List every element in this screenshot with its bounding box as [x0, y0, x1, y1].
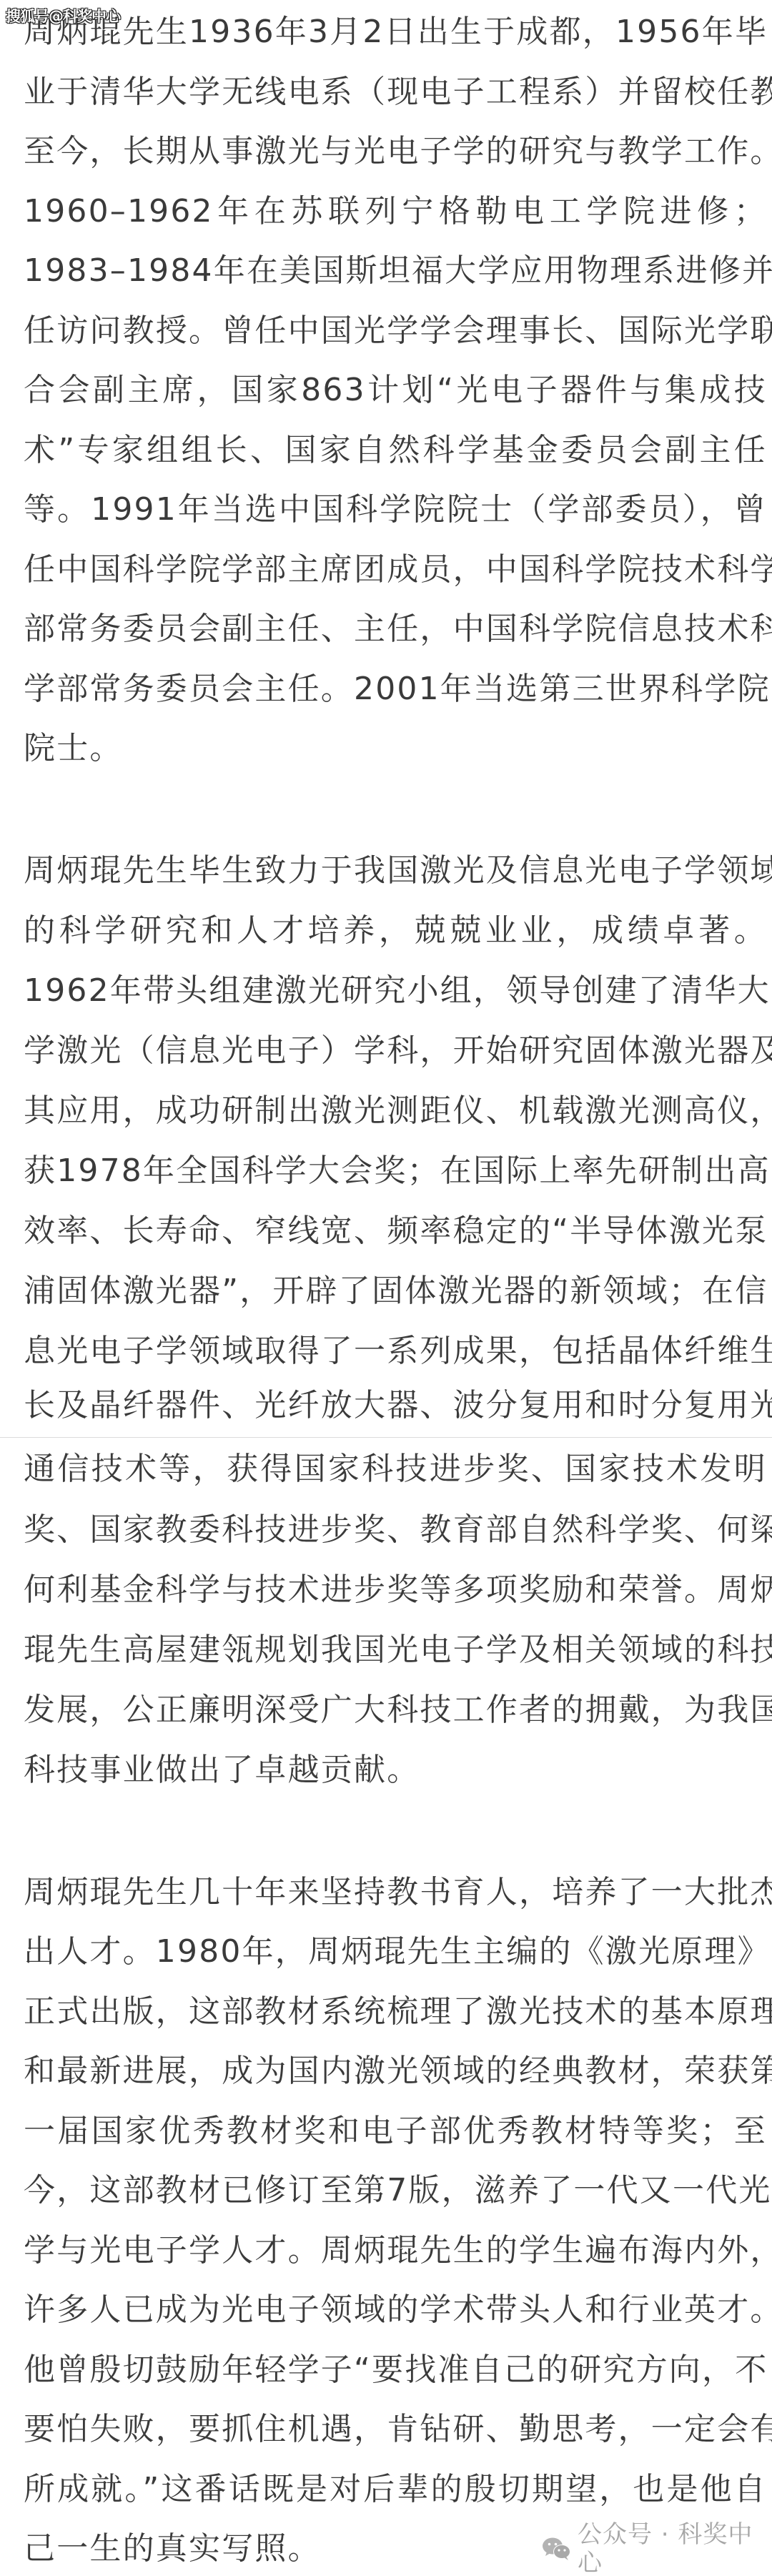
text-line: 科技事业做出了卓越贡献。 — [24, 1740, 767, 1800]
text-line: 所成就。”这番话既是对后辈的殷切期望，也是他自 — [24, 2459, 767, 2520]
text-line: 学激光（信息光电子）学科，开始研究固体激光器及 — [24, 1021, 767, 1081]
text-line: 出人才。1980年，周炳琨先生主编的《激光原理》 — [24, 1922, 767, 1982]
text-line: 部常务委员会副主任、主任，中国科学院信息技术科 — [24, 599, 767, 659]
text-line: 通信技术等，获得国家科技进步奖、国家技术发明 — [24, 1439, 767, 1499]
text-line: 术”专家组组长、国家自然科学基金委员会副主任 — [24, 420, 767, 480]
wechat-watermark-text: 公众号 · 科奖中心 — [578, 2520, 772, 2576]
text-line: 效率、长寿命、窄线宽、频率稳定的“半导体激光泵 — [24, 1201, 767, 1261]
text-line: 要怕失败，要抓住机遇，肯钻研、勤思考，一定会有 — [24, 2399, 767, 2459]
text-line: 业于清华大学无线电系（现电子工程系）并留校任教 — [24, 62, 767, 122]
text-line: 周炳琨先生几十年来坚持教书育人，培养了一大批杰 — [24, 1862, 767, 1923]
text-line: 1983–1984年在美国斯坦福大学应用物理系进修并 — [24, 241, 767, 301]
text-line: 许多人已成为光电子领域的学术带头人和行业英才。 — [24, 2280, 767, 2340]
text-line: 的科学研究和人才培养，兢兢业业，成绩卓著。 — [24, 901, 767, 961]
text-line: 奖、国家教委科技进步奖、教育部自然科学奖、何梁 — [24, 1500, 767, 1560]
text-line: 他曾殷切鼓励年轻学子“要找准自己的研究方向，不 — [24, 2340, 767, 2400]
text-line: 1962年带头组建激光研究小组，领导创建了清华大 — [24, 961, 767, 1021]
text-line: 周炳琨先生毕生致力于我国激光及信息光电子学领域 — [24, 841, 767, 901]
text-line: 正式出版，这部教材系统梳理了激光技术的基本原理 — [24, 1982, 767, 2042]
sohu-watermark: 搜狐号@科奖中心 — [6, 7, 120, 26]
text-line: 周炳琨先生1936年3月2日出生于成都，1956年毕 — [24, 2, 767, 62]
text-line: 至今，长期从事激光与光电子学的研究与教学工作。 — [24, 122, 767, 182]
text-line: 院士。 — [24, 719, 767, 779]
text-line: 息光电子学领域取得了一系列成果，包括晶体纤维生 — [24, 1321, 767, 1381]
text-line: 获1978年全国科学大会奖；在国际上率先研制出高 — [24, 1141, 767, 1201]
text-line: 学与光电子学人才。周炳琨先生的学生遍布海内外， — [24, 2221, 767, 2281]
text-line: 今，这部教材已修订至第7版，滋养了一代又一代光 — [24, 2161, 767, 2221]
wechat-official-account-watermark: 公众号 · 科奖中心 — [542, 2531, 772, 2567]
text-line: 等。1991年当选中国科学院院士（学部委员），曾 — [24, 480, 767, 540]
text-line: 学部常务委员会主任。2001年当选第三世界科学院 — [24, 659, 767, 719]
text-line: 浦固体激光器”，开辟了固体激光器的新领域；在信 — [24, 1261, 767, 1321]
text-line: 任访问教授。曾任中国光学学会理事长、国际光学联 — [24, 301, 767, 361]
text-line: 何利基金科学与技术进步奖等多项奖励和荣誉。周炳 — [24, 1560, 767, 1620]
text-line: 一届国家优秀教材奖和电子部优秀教材特等奖；至 — [24, 2101, 767, 2161]
text-line: 发展，公正廉明深受广大科技工作者的拥戴，为我国 — [24, 1680, 767, 1740]
text-line: 长及晶纤器件、光纤放大器、波分复用和时分复用光 — [24, 1376, 767, 1436]
text-line: 琨先生高屋建瓴规划我国光电子学及相关领域的科技 — [24, 1620, 767, 1680]
divider — [0, 1437, 772, 1438]
text-line: 其应用，成功研制出激光测距仪、机载激光测高仪， — [24, 1081, 767, 1141]
text-line: 任中国科学院学部主席团成员，中国科学院技术科学 — [24, 540, 767, 600]
text-line: 合会副主席，国家863计划“光电子器件与集成技 — [24, 360, 767, 420]
text-line: 和最新进展，成为国内激光领域的经典教材，荣获第 — [24, 2041, 767, 2101]
wechat-icon — [542, 2537, 572, 2561]
text-line: 1960–1962年在苏联列宁格勒电工学院进修； — [24, 182, 767, 242]
